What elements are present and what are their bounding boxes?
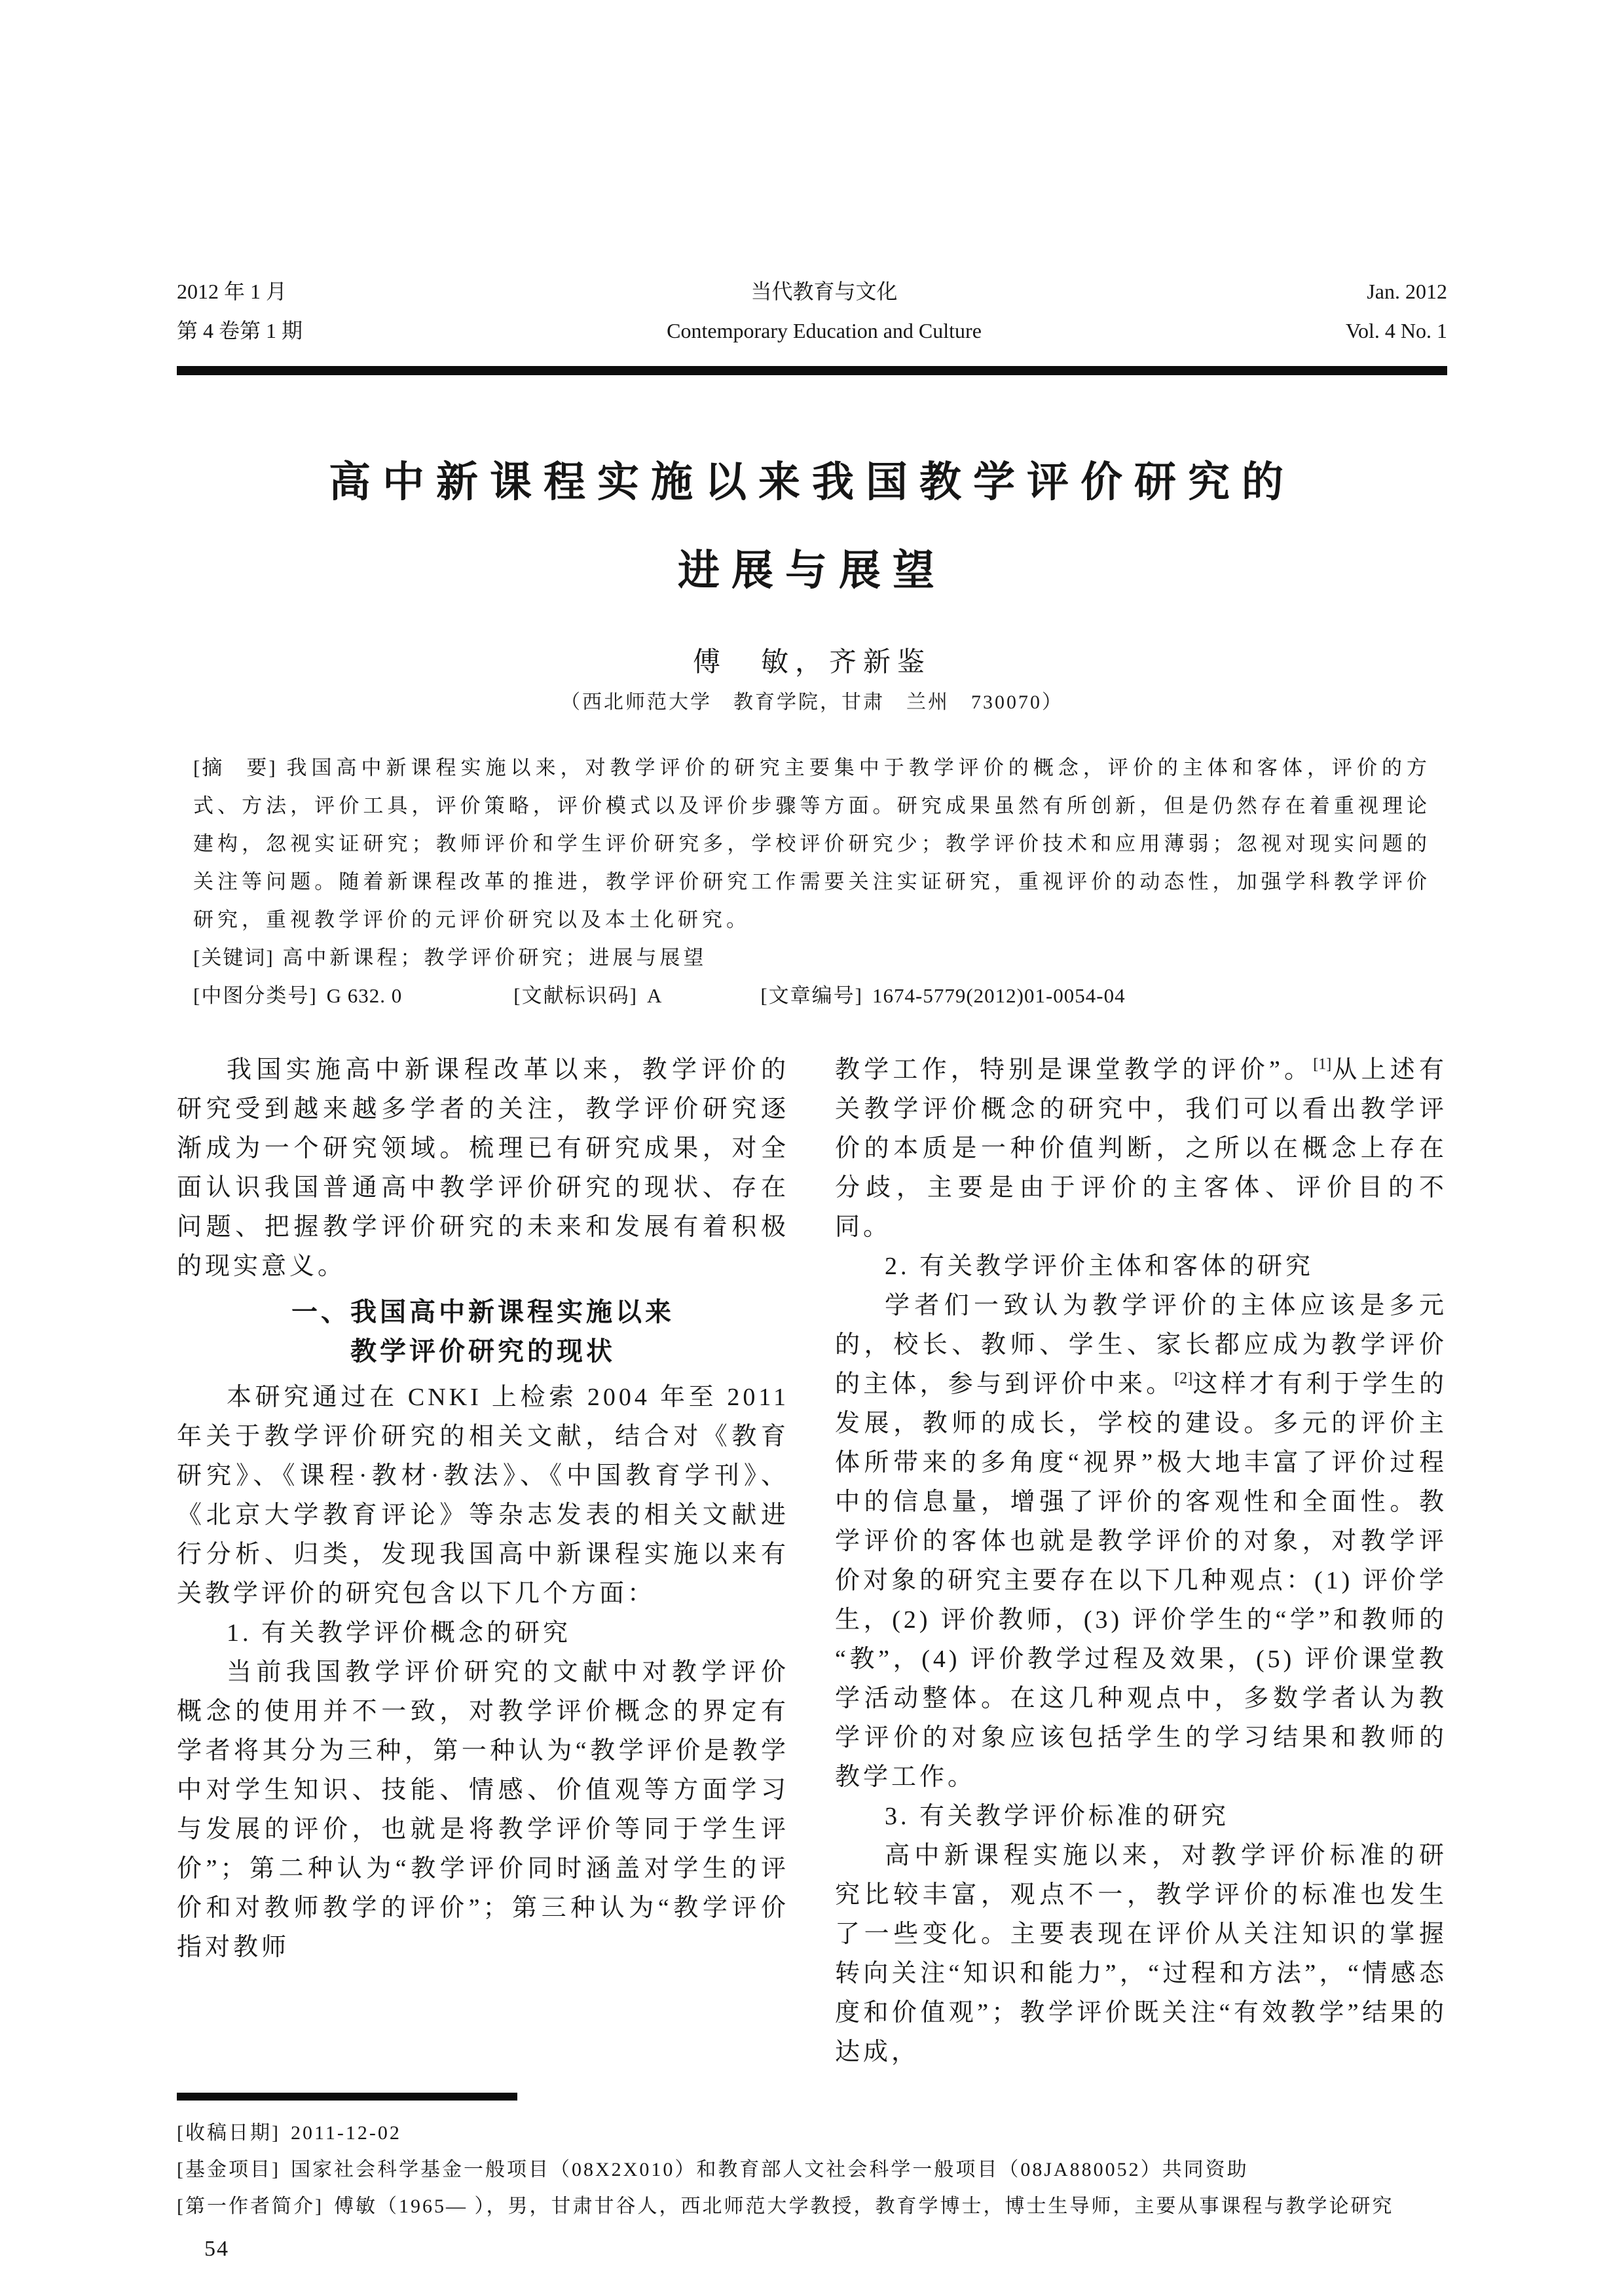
journal-header: 2012 年 1 月 第 4 卷第 1 期 当代教育与文化 Contempora…: [177, 272, 1447, 350]
abstract-text: 我国高中新课程实施以来，对教学评价的研究主要集中于教学评价的概念，评价的主体和客…: [193, 756, 1431, 931]
citation-superscript: [1]: [1313, 1056, 1331, 1073]
article-title-line1: 高中新课程实施以来我国教学评价研究的: [177, 438, 1447, 526]
left-column: 我国实施高中新课程改革以来，教学评价的研究受到越来越多学者的关注，教学评价研究逐…: [177, 1050, 789, 2072]
article-id-value: 1674-5779(2012)01-0054-04: [872, 984, 1126, 1007]
section-heading: 1. 有关教学评价概念的研究: [177, 1613, 789, 1653]
journal-page: 2012 年 1 月 第 4 卷第 1 期 当代教育与文化 Contempora…: [0, 0, 1624, 2295]
article-id-label: [文章编号]: [760, 984, 863, 1007]
header-divider-rule: [177, 366, 1447, 375]
keywords-line: [关键词] 高中新课程；教学评价研究；进展与展望: [193, 939, 1431, 977]
author-names: 傅 敏，齐新鉴: [177, 643, 1447, 682]
footnote-text: 2011-12-02: [291, 2122, 401, 2144]
doc-code-label: [文献标识码]: [513, 984, 638, 1007]
abstract-paragraph: [摘 要] 我国高中新课程实施以来，对教学评价的研究主要集中于教学评价的概念，评…: [193, 749, 1431, 939]
header-issue-info-en: Jan. 2012 Vol. 4 No. 1: [1346, 272, 1447, 350]
clc-pair: [中图分类号]G 632. 0: [193, 977, 402, 1015]
journal-name-en: Contemporary Education and Culture: [667, 311, 982, 350]
header-volume-cn: 第 4 卷第 1 期: [177, 311, 303, 350]
section-heading: 2. 有关教学评价主体和客体的研究: [835, 1247, 1447, 1286]
doc-code-pair: [文献标识码]A: [513, 977, 662, 1015]
footnote-label: [基金项目]: [177, 2159, 280, 2180]
footnote-label: [第一作者简介]: [177, 2195, 323, 2217]
footnote-divider-rule: [177, 2093, 517, 2101]
clc-label: [中图分类号]: [193, 984, 318, 1007]
classification-line: [中图分类号]G 632. 0 [文献标识码]A [文章编号]1674-5779…: [193, 977, 1431, 1015]
header-date-cn: 2012 年 1 月: [177, 272, 303, 311]
header-issue-info: 2012 年 1 月 第 4 卷第 1 期: [177, 272, 303, 350]
article-body: 我国实施高中新课程改革以来，教学评价的研究受到越来越多学者的关注，教学评价研究逐…: [177, 1050, 1447, 2072]
author-affiliation: （西北师范大学 教育学院，甘肃 兰州 730070）: [177, 686, 1447, 719]
body-paragraph: 学者们一致认为教学评价的主体应该是多元的，校长、教师、学生、家长都应成为教学评价…: [835, 1286, 1447, 1797]
right-column: 教学工作，特别是课堂教学的评价”。[1]从上述有关教学评价概念的研究中，我们可以…: [835, 1050, 1447, 2072]
footnote-item: [基金项目]国家社会科学基金一般项目（08X2X010）和教育部人文社会科学一般…: [177, 2152, 1447, 2188]
header-volume-en: Vol. 4 No. 1: [1346, 311, 1447, 350]
footnotes-block: [收稿日期]2011-12-02[基金项目]国家社会科学基金一般项目（08X2X…: [177, 2115, 1447, 2225]
body-paragraph: 我国实施高中新课程改革以来，教学评价的研究受到越来越多学者的关注，教学评价研究逐…: [177, 1050, 789, 1286]
article-title-line2: 进展与展望: [177, 526, 1447, 615]
header-journal-name: 当代教育与文化 Contemporary Education and Cultu…: [667, 272, 982, 350]
page-number: 54: [204, 2237, 1447, 2262]
article-title: 高中新课程实施以来我国教学评价研究的 进展与展望: [177, 438, 1447, 615]
body-paragraph: 教学工作，特别是课堂教学的评价”。[1]从上述有关教学评价概念的研究中，我们可以…: [835, 1050, 1447, 1247]
section-heading: 一、我国高中新课程实施以来: [177, 1293, 789, 1332]
doc-code-value: A: [647, 984, 662, 1007]
header-date-en: Jan. 2012: [1346, 272, 1447, 311]
section-heading: 3. 有关教学评价标准的研究: [835, 1797, 1447, 1836]
keywords-text: 高中新课程；教学评价研究；进展与展望: [282, 946, 707, 969]
body-paragraph: 高中新课程实施以来，对教学评价标准的研究比较丰富，观点不一，教学评价的标准也发生…: [835, 1836, 1447, 2072]
footnote-item: [第一作者简介]傅敏（1965— ），男，甘肃甘谷人，西北师范大学教授，教育学博…: [177, 2188, 1447, 2225]
body-paragraph: 本研究通过在 CNKI 上检索 2004 年至 2011 年关于教学评价研究的相…: [177, 1378, 789, 1613]
body-paragraph: 当前我国教学评价研究的文献中对教学评价概念的使用并不一致，对教学评价概念的界定有…: [177, 1653, 789, 1967]
footnote-text: 傅敏（1965— ），男，甘肃甘谷人，西北师范大学教授，教育学博士，博士生导师，…: [334, 2195, 1394, 2217]
article-id-pair: [文章编号]1674-5779(2012)01-0054-04: [760, 977, 1125, 1015]
footnote-text: 国家社会科学基金一般项目（08X2X010）和教育部人文社会科学一般项目（08J…: [291, 2159, 1249, 2180]
citation-superscript: [2]: [1174, 1370, 1192, 1387]
clc-value: G 632. 0: [327, 984, 403, 1007]
keywords-label: [关键词]: [193, 946, 274, 969]
section-heading: 教学评价研究的现状: [177, 1332, 789, 1371]
footnote-item: [收稿日期]2011-12-02: [177, 2115, 1447, 2152]
abstract-label: [摘 要]: [193, 756, 277, 779]
journal-name-cn: 当代教育与文化: [667, 272, 982, 311]
footnote-label: [收稿日期]: [177, 2122, 280, 2144]
